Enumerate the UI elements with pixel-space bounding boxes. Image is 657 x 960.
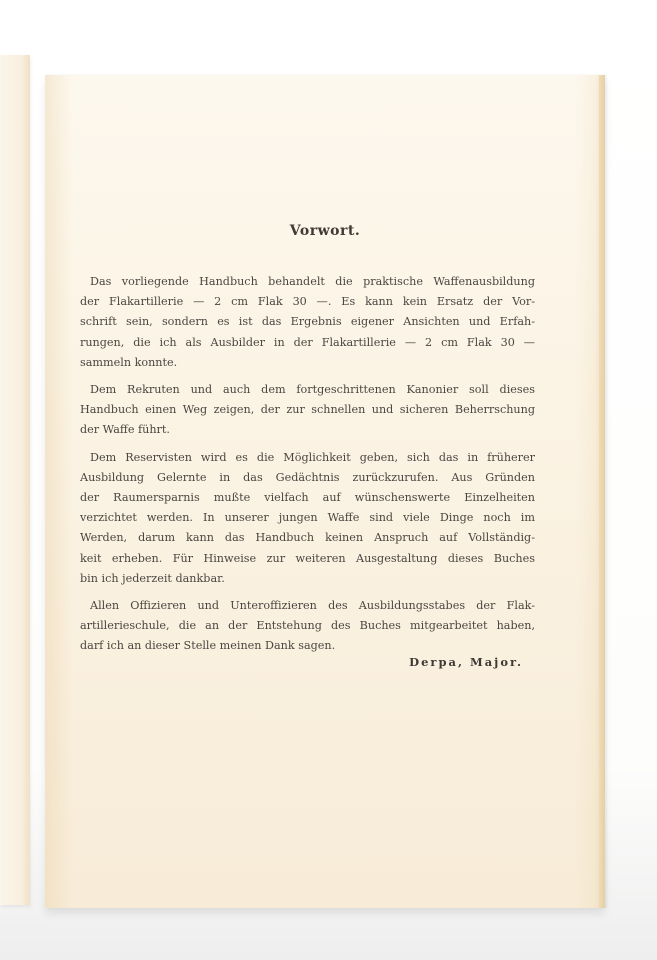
photo-scene: Vorwort. Das vorliegende Handbuch behand…	[0, 0, 657, 960]
text-line: Das vorliegende Handbuch behandelt die p…	[80, 272, 535, 292]
page-title: Vorwort.	[45, 223, 605, 239]
text-line: Werden, darum kann das Handbuch keinen A…	[80, 528, 535, 548]
preface-body: Das vorliegende Handbuch behandelt die p…	[80, 272, 535, 664]
facing-page-edge	[0, 55, 30, 905]
book-page: Vorwort. Das vorliegende Handbuch behand…	[45, 75, 605, 908]
text-line: der Flakartillerie — 2 cm Flak 30 —. Es …	[80, 292, 535, 312]
text-line: Allen Offizieren und Unteroffizieren des…	[80, 596, 535, 616]
text-line: der Raumersparnis mußte vielfach auf wün…	[80, 488, 535, 508]
text-line: keit erheben. Für Hinweise zur weiteren …	[80, 549, 535, 569]
text-line: Dem Reservisten wird es die Möglichkeit …	[80, 448, 535, 468]
text-line: Handbuch einen Weg zeigen, der zur schne…	[80, 400, 535, 420]
paragraph-2: Dem Rekruten und auch dem fortgeschritte…	[80, 380, 535, 441]
text-line: Ausbildung Gelernte in das Gedächtnis zu…	[80, 468, 535, 488]
text-line: artillerieschule, die an der Entstehung …	[80, 616, 535, 636]
paragraph-3: Dem Reservisten wird es die Möglichkeit …	[80, 448, 535, 589]
text-line: rungen, die ich als Ausbilder in der Fla…	[80, 333, 535, 353]
text-line: darf ich an dieser Stelle meinen Dank sa…	[80, 636, 535, 656]
text-line: verzichtet werden. In unserer jungen Waf…	[80, 508, 535, 528]
text-line: bin ich jederzeit dankbar.	[80, 569, 535, 589]
text-line: sammeln konnte.	[80, 353, 535, 373]
text-line: schrift sein, sondern es ist das Ergebni…	[80, 312, 535, 332]
page-edge-shadow	[599, 75, 605, 908]
author-signature: Derpa, Major.	[409, 655, 523, 669]
paragraph-1: Das vorliegende Handbuch behandelt die p…	[80, 272, 535, 373]
text-line: Dem Rekruten und auch dem fortgeschritte…	[80, 380, 535, 400]
text-line: der Waffe führt.	[80, 420, 535, 440]
paragraph-4: Allen Offizieren und Unteroffizieren des…	[80, 596, 535, 657]
